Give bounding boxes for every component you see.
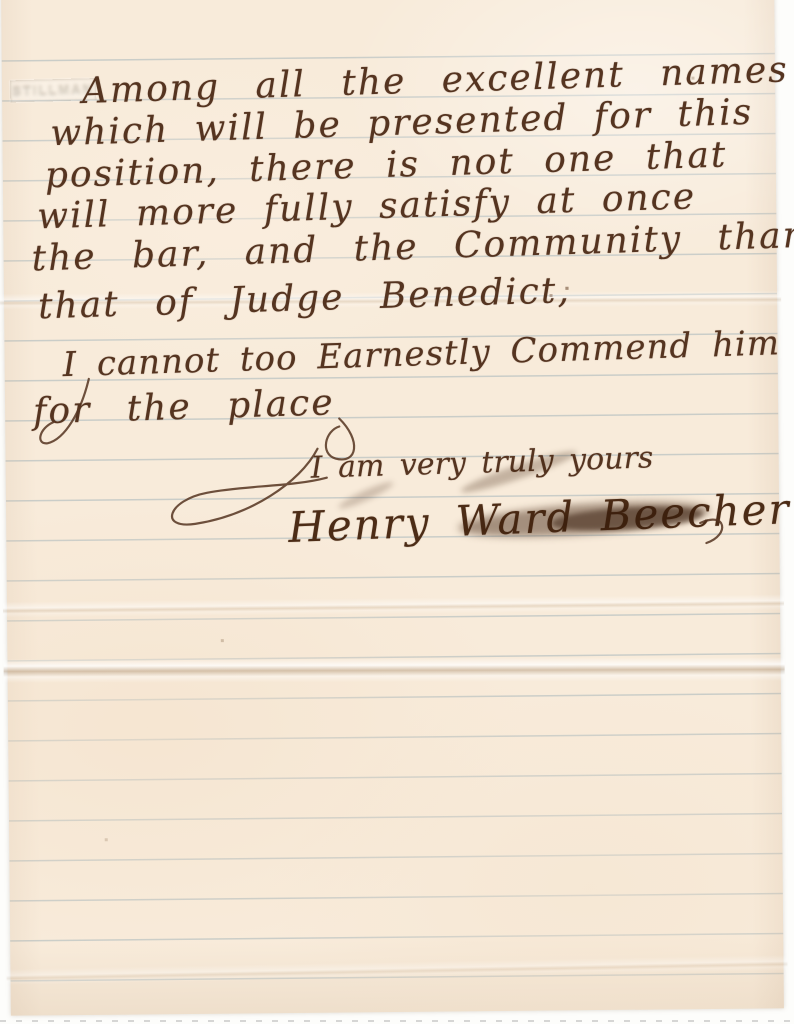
paper: STILLMAN Among all the excellent names w… [1, 0, 784, 1016]
scanner-edge-line [0, 1020, 794, 1022]
scan-background: STILLMAN Among all the excellent names w… [0, 0, 794, 1024]
